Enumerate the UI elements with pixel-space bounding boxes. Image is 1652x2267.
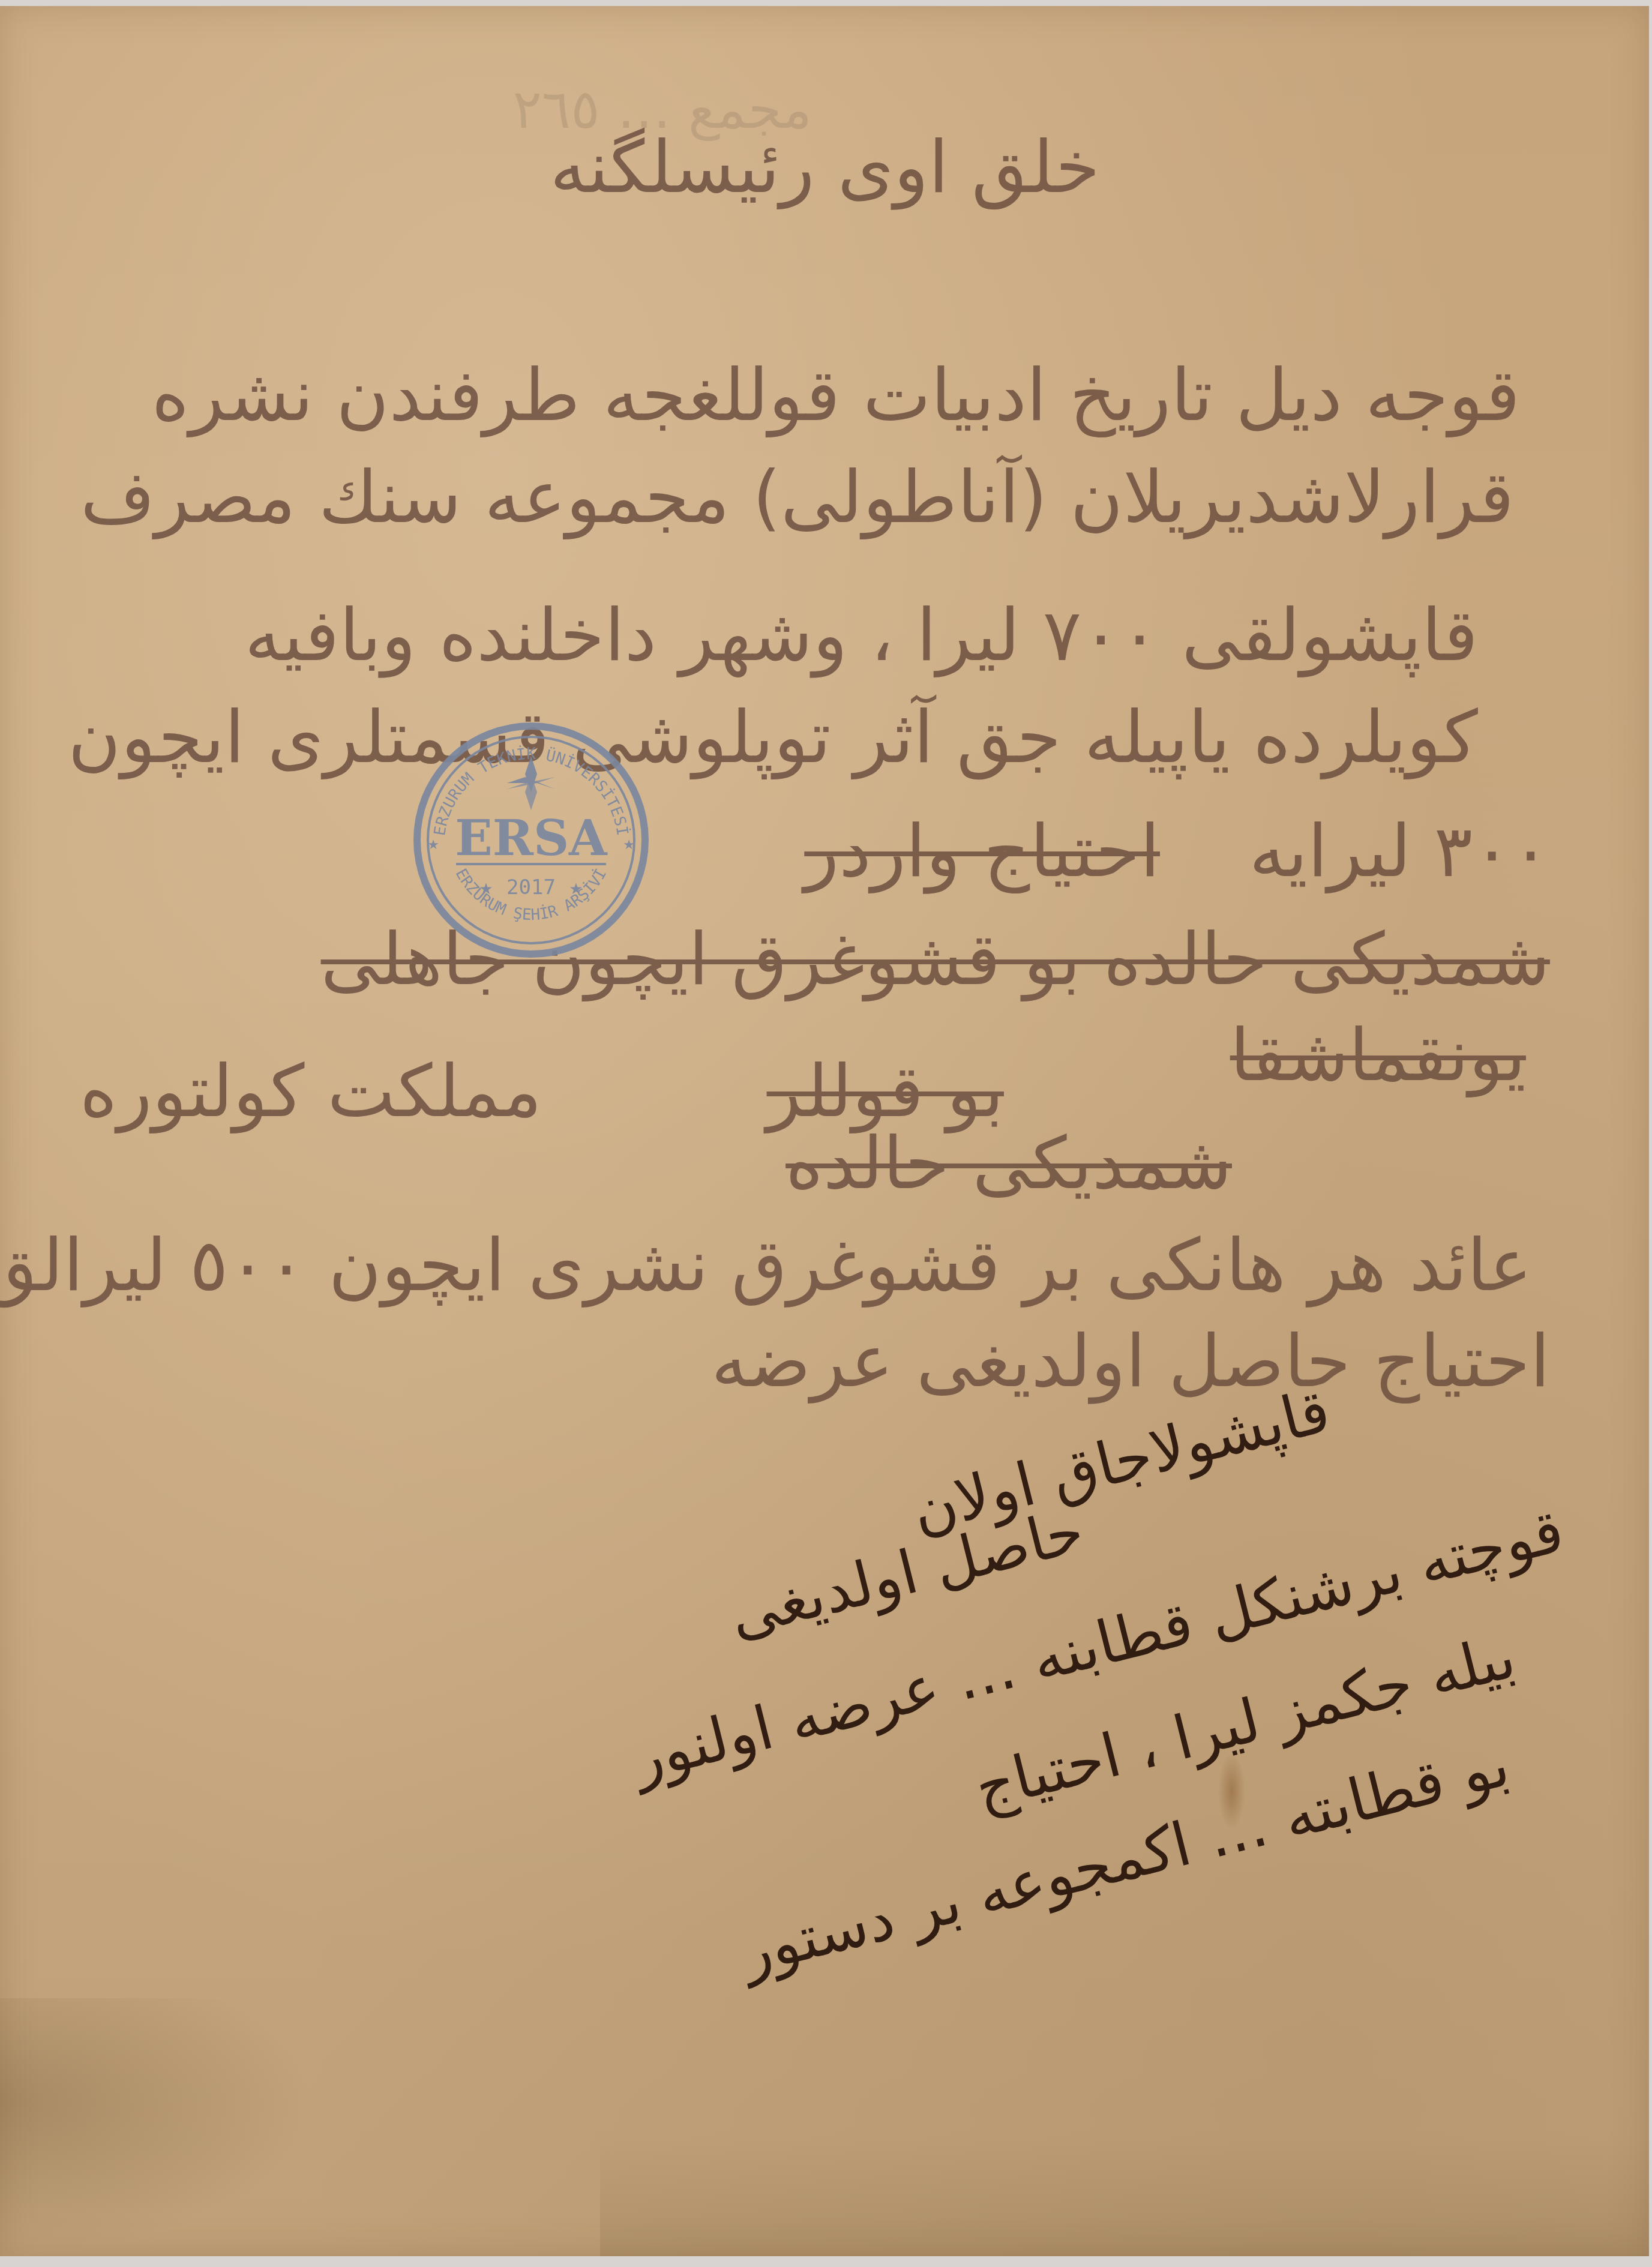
- stamp-center-text: ERSA: [455, 809, 608, 867]
- stamp-year: 2017: [506, 875, 556, 899]
- body-line-10: احتیاج حاصل اولدیغی عرضه: [711, 1320, 1550, 1404]
- body-line-4: کویلرده یاپیله جق آثر توپلوشی قسمتلری ای…: [68, 696, 1478, 779]
- body-line-5-struck: احتیاج واردر: [804, 810, 1160, 893]
- archive-stamp: ERZURUM TEKNİK ÜNİVERSİTESİ ERSA 2017 ★ …: [408, 720, 654, 960]
- body-line-7-struck: یونقماشقا: [1230, 1014, 1526, 1097]
- body-line-7c: مملکت کولتوره: [80, 1050, 542, 1133]
- body-line-8-struck: شمدیکی حالده: [785, 1122, 1232, 1206]
- body-line-9: عائد هر هانکی بر قشوغرق نشری ایچون ٥٠٠ ل…: [0, 1224, 1532, 1308]
- body-line-7b-struck: بو قوللر: [767, 1050, 1004, 1133]
- body-line-2: قرارلاشدیریلان (آناطولی) مجموعه سنك مصرف: [80, 456, 1514, 539]
- ink-stain: [1218, 1752, 1245, 1830]
- paper-fold-shadow: [0, 1998, 312, 2256]
- body-line-1: قوجه دیل تاریخ ادبیات قوللغجه طرفندن نشر…: [152, 354, 1520, 437]
- star-icon: ★: [623, 838, 635, 853]
- star-icon: ★: [427, 838, 439, 853]
- document-title: خلق اوى رئيسلگنه: [550, 126, 1100, 209]
- paper-edge-shadow: [600, 2136, 1649, 2256]
- body-line-5: ٣٠٠ لیرایه: [1249, 810, 1550, 893]
- body-line-3: قاپشولقی ٧٠٠ لیرا ، وشهر داخلنده وبافیه: [244, 594, 1478, 677]
